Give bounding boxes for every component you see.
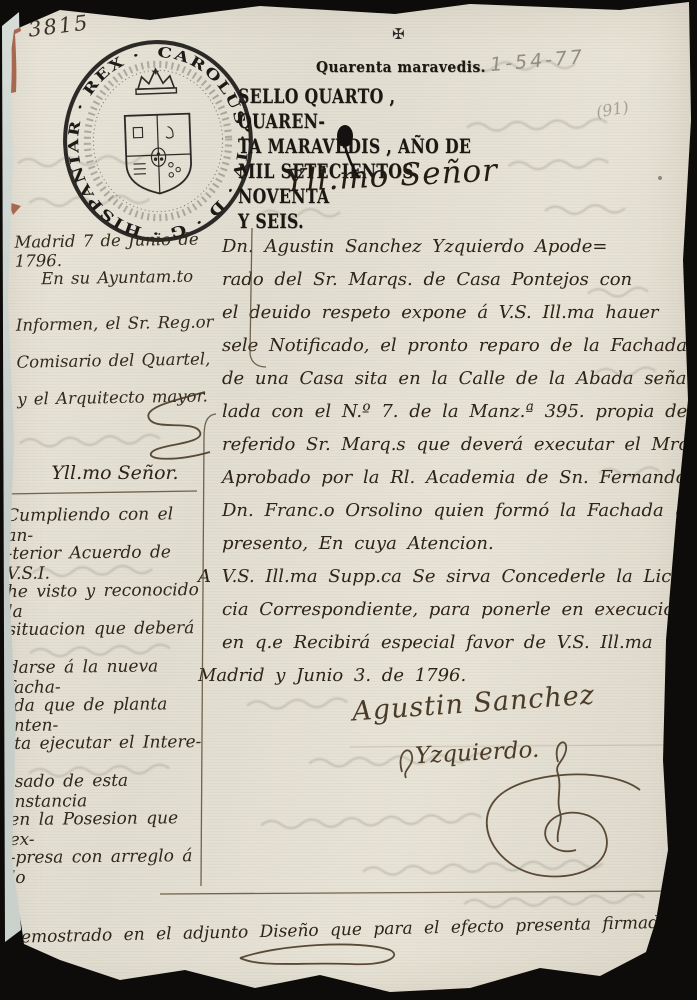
signature-paraph	[557, 742, 567, 842]
petition-line: rado del Sr. Marqs. de Casa Pontejos con	[222, 269, 674, 302]
margin-decree: Madrid 7 de Junio de 1796. En su Ayuntam…	[14, 229, 217, 426]
signature-surname: Yzquierdo.	[414, 737, 539, 769]
document-paper: 3815 ✠ 1-54-77 (91)	[0, 0, 697, 1000]
petition-line: lada con el N.º 7. de la Manz.ª 395. pro…	[222, 401, 674, 434]
report-line: Cumpliendo con el an-	[6, 504, 206, 544]
report-continuation-line: demostrado en el adjunto Diseño que para…	[10, 912, 692, 947]
petition-body: Dn. Agustin Sanchez Yzquierdo Apode= rad…	[222, 236, 674, 698]
report-line: darse á la nueva facha-	[8, 656, 208, 696]
margin-decree-line: Informen, el Sr. Reg.or	[16, 312, 217, 352]
pencil-folio-mark: (91)	[595, 97, 631, 121]
petition-line: referido Sr. Marq.s que deverá executar …	[222, 434, 674, 467]
report-body: Cumpliendo con el an- -terior Acuerdo de…	[6, 504, 210, 886]
scanned-document: 3815 ✠ 1-54-77 (91)	[0, 0, 697, 1000]
signature-paraph	[401, 750, 413, 778]
report-line: en la Posesion que ex-	[9, 808, 209, 848]
royal-seal-stamp: CAROLUS · IV · D · G · HISPANIAR · REX ·	[52, 33, 263, 252]
petition-line: Aprobado por la Rl. Academia de Sn. Fern…	[222, 467, 674, 500]
margin-decree-line: Comisario del Quartel,	[16, 349, 217, 389]
rubric-spiral	[487, 774, 640, 876]
petition-line: en q.e Recibirá especial favor de V.S. I…	[222, 632, 674, 665]
petition-line: Dn. Franc.o Orsolino quien formó la Fach…	[222, 500, 674, 533]
petition-line: de una Casa sita en la Calle de la Abada…	[222, 368, 674, 401]
stamp-fee-line: Quarenta maravedis.	[316, 59, 486, 76]
petition-line: presento, En cuya Atencion.	[222, 533, 674, 566]
petition-line: Dn. Agustin Sanchez Yzquierdo Apode=	[222, 236, 674, 269]
margin-decree-line: y el Arquitecto mayor.	[17, 386, 218, 426]
report-line: situacion que deberá	[7, 618, 207, 658]
report-line: he visto y reconocido la	[7, 580, 207, 620]
report-line: -da que de planta inten-	[8, 694, 208, 734]
stamp-line: SELLO QUARTO , QUAREN-	[238, 84, 482, 134]
margin-decree-line: En su Ayuntam.to	[15, 266, 216, 306]
catalog-number: 3815	[27, 10, 91, 41]
report-heading: Yll.mo Señor.	[35, 462, 195, 484]
report-line: -presa con arreglo á lo	[10, 846, 210, 886]
petition-line: cia Correspondiente, para ponerle en exe…	[222, 599, 674, 632]
printers-cross-icon: ✠	[392, 25, 405, 43]
petition-line: sele Notificado, el pronto reparo de la …	[222, 335, 674, 368]
petition-line: A V.S. Ill.ma Supp.ca Se sirva Concederl…	[198, 566, 674, 599]
report-line: -ta ejecutar el Intere-	[8, 732, 208, 772]
report-line: -terior Acuerdo de V.S.I.	[6, 542, 206, 582]
margin-decree-line: Madrid 7 de Junio de 1796.	[14, 229, 215, 269]
bottom-flourish	[240, 944, 394, 964]
petition-line: el deuido respeto expone á V.S. Ill.ma h…	[222, 302, 674, 335]
report-line: -sado de esta instancia	[9, 770, 209, 810]
pencil-reference-number: 1-54-77	[489, 46, 586, 76]
stamp-line: Y SEIS.	[238, 209, 482, 234]
